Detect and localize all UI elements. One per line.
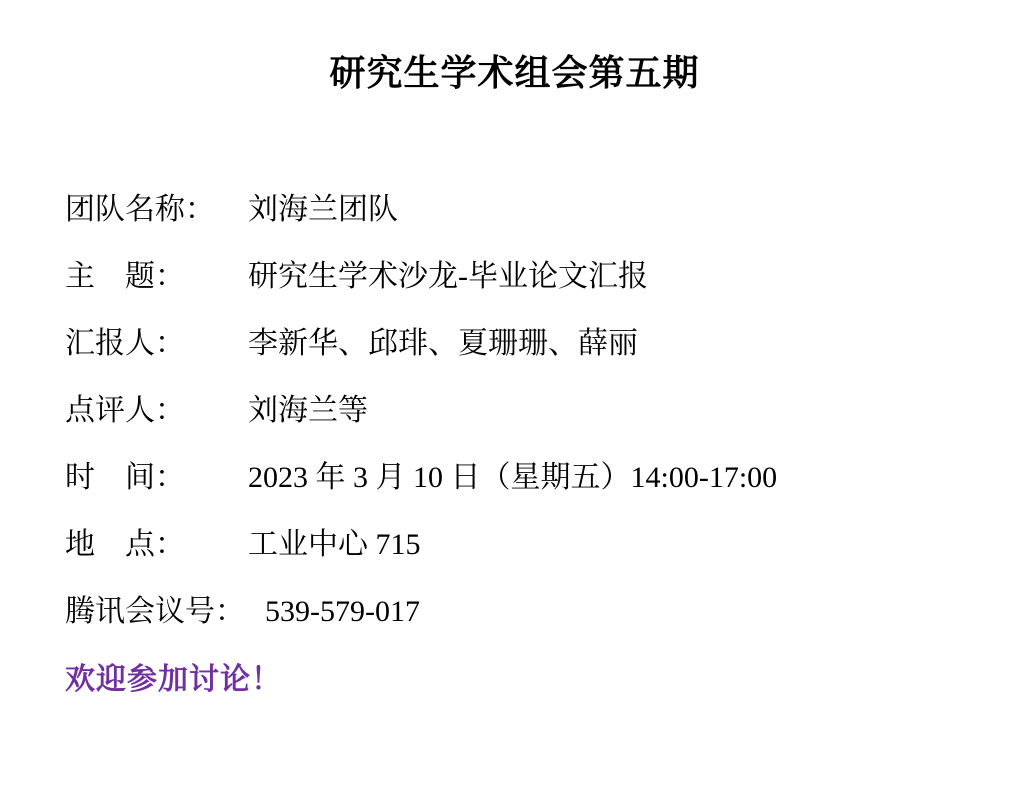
field-value: 539-579-017	[265, 597, 420, 627]
welcome-message: 欢迎参加讨论！	[65, 664, 964, 696]
info-row: 地 点： 工业中心 715	[65, 530, 964, 560]
info-list: 团队名称： 刘海兰团队 主 题： 研究生学术沙龙-毕业论文汇报 汇报人： 李新华…	[65, 195, 964, 627]
field-label: 时 间：	[65, 463, 248, 493]
field-value: 李新华、邱琲、夏珊珊、薛丽	[248, 329, 638, 359]
field-label: 主 题：	[65, 262, 248, 292]
field-label: 腾讯会议号：	[65, 597, 245, 627]
field-label: 点评人：	[65, 396, 248, 426]
info-row: 腾讯会议号： 539-579-017	[65, 597, 964, 627]
field-value: 刘海兰团队	[248, 195, 398, 225]
field-value: 工业中心 715	[248, 530, 421, 560]
field-value: 研究生学术沙龙-毕业论文汇报	[248, 262, 648, 292]
info-row: 点评人： 刘海兰等	[65, 396, 964, 426]
field-value: 2023 年 3 月 10 日（星期五）14:00-17:00	[248, 463, 777, 493]
page-title: 研究生学术组会第五期	[65, 55, 964, 91]
document-page: 研究生学术组会第五期 团队名称： 刘海兰团队 主 题： 研究生学术沙龙-毕业论文…	[0, 0, 1024, 796]
info-row: 汇报人： 李新华、邱琲、夏珊珊、薛丽	[65, 329, 964, 359]
field-value: 刘海兰等	[248, 396, 368, 426]
field-label: 汇报人：	[65, 329, 248, 359]
field-label: 地 点：	[65, 530, 248, 560]
info-row: 团队名称： 刘海兰团队	[65, 195, 964, 225]
field-label: 团队名称：	[65, 195, 248, 225]
info-row: 主 题： 研究生学术沙龙-毕业论文汇报	[65, 262, 964, 292]
info-row: 时 间： 2023 年 3 月 10 日（星期五）14:00-17:00	[65, 463, 964, 493]
